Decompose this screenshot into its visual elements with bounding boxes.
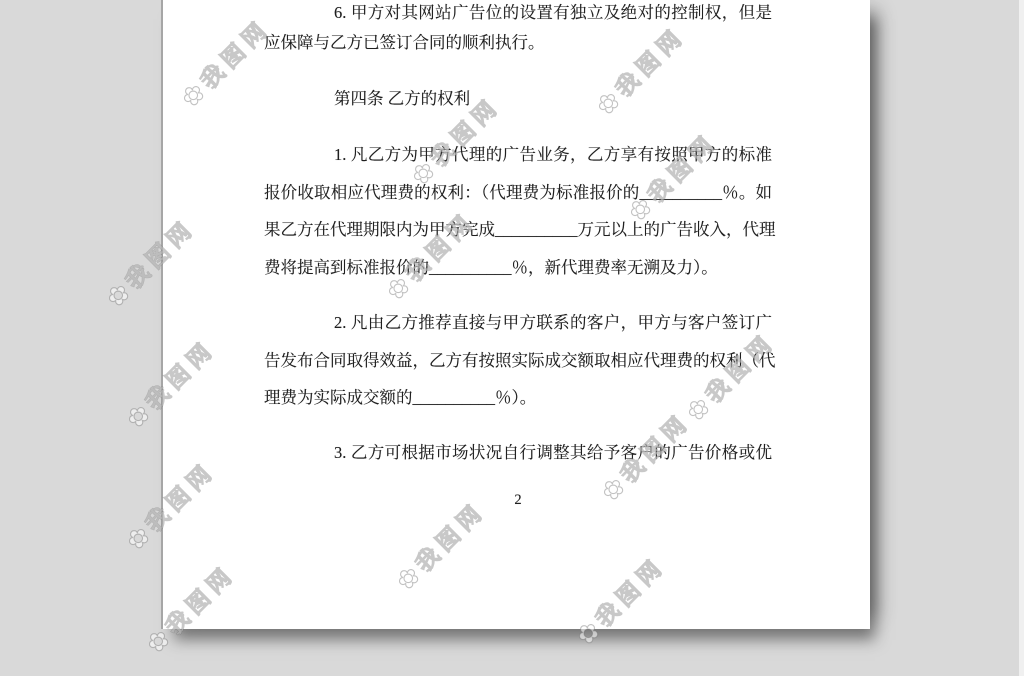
document-line: 果乙方在代理期限内为甲方完成__________万元以上的广告收入，代理 [264, 211, 772, 249]
document-line: 2. 凡由乙方推荐直接与甲方联系的客户，甲方与客户签订广 [264, 304, 772, 342]
document-line: 报价收取相应代理费的权利：（代理费为标准报价的__________％。如 [264, 174, 772, 212]
document-page: 3. 乙方可根据市场状况自行调整其给予客户的广告价格或优理费为实际成交额的___… [161, 0, 870, 629]
screen-right-edge-strip [1019, 0, 1024, 676]
ooopic-logo-icon: ✿ [121, 519, 158, 556]
document-line: 6. 甲方对其网站广告位的设置有独立及绝对的控制权，但是 [264, 0, 772, 32]
document-line: 告发布合同取得效益，乙方有按照实际成交额取相应代理费的权利（代 [264, 342, 772, 380]
document-line: 3. 乙方可根据市场状况自行调整其给予客户的广告价格或优 [264, 434, 772, 472]
document-line: 费将提高到标准报价的__________％，新代理费率无溯及力）。 [264, 249, 772, 287]
document-line: 1. 凡乙方为甲方代理的广告业务，乙方享有按照甲方的标准 [264, 136, 772, 174]
document-line: 第四条 乙方的权利 [264, 80, 772, 118]
document-line: 理费为实际成交额的__________％）。 [264, 379, 772, 417]
page-number: 2 [264, 492, 772, 509]
ooopic-logo-icon: ✿ [101, 276, 138, 313]
scan-background: 3. 乙方可根据市场状况自行调整其给予客户的广告价格或优理费为实际成交额的___… [0, 0, 1024, 676]
document-text-column: 3. 乙方可根据市场状况自行调整其给予客户的广告价格或优理费为实际成交额的___… [264, 0, 772, 629]
ooopic-logo-icon: ✿ [121, 397, 158, 434]
